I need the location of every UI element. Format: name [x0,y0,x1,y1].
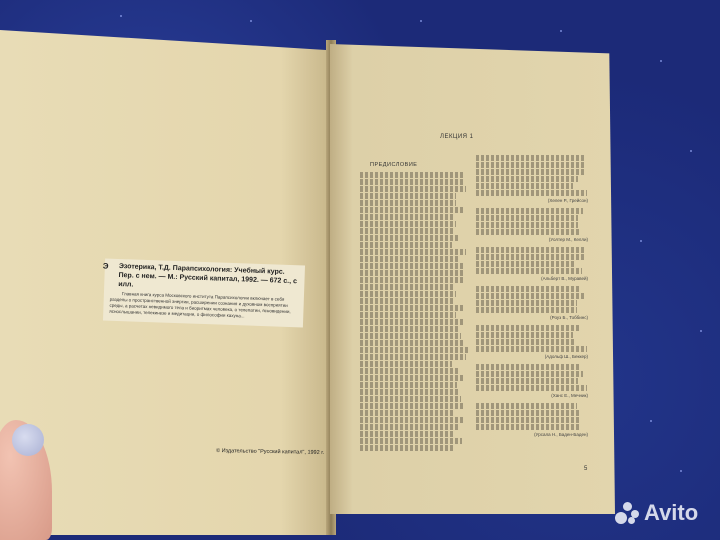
text-line [360,445,453,451]
text-line [476,208,583,214]
text-line [476,261,575,267]
text-line [360,200,456,206]
text-line [476,410,580,416]
quote-signature: (Ханс Е., Мечник) [476,393,588,399]
text-line [360,207,465,213]
text-line [360,291,456,297]
text-line [360,347,468,353]
text-line [360,354,466,360]
quote-signature: (Альберт В., Муравей) [476,276,588,282]
text-line [360,375,465,381]
text-line [476,385,587,391]
text-line [360,221,456,227]
text-line [360,326,458,332]
text-line [360,340,465,346]
text-line [476,378,578,384]
text-line [476,424,581,430]
text-line [360,312,456,318]
text-line [476,176,578,182]
fingernail [12,424,44,456]
quote-signature: (Хелен Р., Грейсон) [476,198,588,204]
text-line [476,300,577,306]
text-line [360,193,456,199]
preface-title: ПРЕДИСЛОВИЕ [370,162,417,168]
text-line [476,229,580,235]
quote-signature: (Уолтер М., Келли) [476,237,588,243]
catalog-number: Э [103,261,109,270]
text-line [360,438,462,444]
text-line [360,396,461,402]
text-line [476,339,576,345]
text-line [360,431,453,437]
text-line [476,268,582,274]
catalog-card: Э Эзотерика, Т.Д. Парапсихология: Учебны… [103,259,305,328]
text-line [360,424,458,430]
text-line [360,305,465,311]
text-line [360,228,453,234]
text-line [360,186,466,192]
text-line [476,307,577,313]
text-line [360,333,461,339]
catalog-heading: Эзотерика, Т.Д. Парапсихология: Учебный … [118,262,299,295]
text-line [360,410,455,416]
avito-label: Avito [644,500,698,526]
text-line [360,298,453,304]
lecture-title: ЛЕКЦИЯ 1 [440,134,474,140]
quote-signature: (Урсала Н., Баден-Баден) [476,432,588,438]
text-line [476,254,584,260]
text-line [360,417,464,423]
text-line [360,403,464,409]
text-line [360,256,459,262]
page-number: 5 [584,466,587,472]
text-line [360,214,455,220]
text-line [360,361,452,367]
text-line [360,179,464,185]
text-line [476,169,584,175]
text-line [360,284,454,290]
text-line [360,319,464,325]
catalog-description: Главная книга курса Московского институт… [109,291,298,322]
text-line [360,382,457,388]
text-line [360,368,460,374]
text-line [476,247,584,253]
text-line [360,263,463,269]
text-line [360,249,466,255]
text-line [360,277,465,283]
text-line [476,325,579,331]
text-line [360,270,465,276]
text-line [476,346,587,352]
text-line [476,155,585,161]
text-line [476,162,585,168]
text-line [360,242,452,248]
text-line [476,403,577,409]
avito-logo-icon [615,502,641,524]
text-line [360,235,459,241]
quote-signature: (Адольф Ш., Беккер) [476,354,588,360]
text-line [476,222,578,228]
text-column-left [360,172,468,472]
quote-signature: (Роуз Б., Тоббинс) [476,315,588,321]
text-line [476,286,580,292]
text-line [476,293,584,299]
text-line [476,183,573,189]
text-column-right: (Хелен Р., Грейсон)(Уолтер М., Келли)(Ал… [476,155,588,455]
text-line [360,389,458,395]
text-line [476,417,581,423]
avito-watermark: Avito [615,500,698,526]
text-line [476,371,583,377]
text-line [476,364,580,370]
text-line [476,332,573,338]
text-line [360,172,463,178]
open-book: Э Эзотерика, Т.Д. Парапсихология: Учебны… [0,0,720,540]
text-line [476,190,587,196]
text-line [476,215,578,221]
